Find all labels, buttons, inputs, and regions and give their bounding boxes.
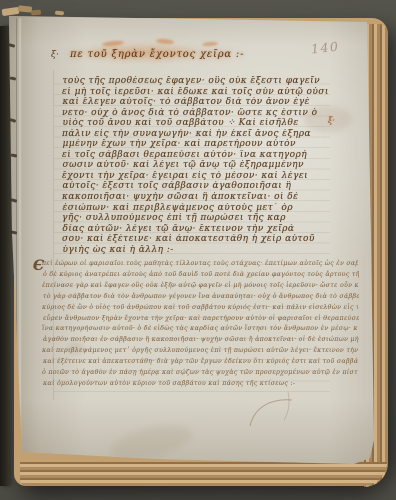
scholia-line: ὁ ποιῶν τὸ ἀγαθὸν ἐν πάσῃ ἡμέρᾳ καὶ σῴζω… <box>42 368 358 379</box>
scholia-line: τὸ γὰρ σάββατον διὰ τὸν ἄνθρωπον γέγονεν… <box>43 292 359 303</box>
text-line: αὐτοῖς· ἔξεστι τοῖς σάββασιν ἀγαθοποιῆσα… <box>63 181 329 192</box>
book-spine <box>0 26 9 486</box>
scholia-line: ὁ δὲ κύριος ἀνατρέπει αὐτοὺς ἀπὸ τοῦ δαυ… <box>43 270 359 281</box>
scholia-line: κύριος δὲ ὢν ὁ υἱὸς τοῦ ἀνθρώπου καὶ τοῦ… <box>42 303 358 314</box>
text-line: ὑγιὴς ὡς καὶ ἡ ἄλλη :- <box>63 245 329 256</box>
gutter-crease-highlight <box>19 18 21 458</box>
scholia-line: πεὶ ἑώρων οἱ φαρισαῖοι τοὺς μαθητὰς τίλλ… <box>42 259 358 270</box>
scholia-line: ἀγαθὸν ποιῆσαι ἐν σάββασιν ἢ κακοποιῆσαι… <box>43 335 359 346</box>
chapter-number-mark: ξ· <box>51 50 59 60</box>
text-line: ἐσιώπων· καὶ περιβλεψάμενος αὐτοὺς μετ᾽ … <box>63 203 329 214</box>
scholia-line: καὶ ἐξέτεινε καὶ ἀπεκατεστάθη· διὰ γὰρ τ… <box>43 357 359 368</box>
scholia-line: ἵνα κατηγορήσωσιν αὐτοῦ· ὁ δὲ εἰδὼς τὰς … <box>42 324 358 335</box>
text-line: ἔχοντι τὴν χεῖρα· ἔγειραι εἰς τὸ μέσον· … <box>62 171 328 182</box>
kephalaion-title: πε τοῦ ξηρὰν ἔχοντος χεῖρα :- <box>70 49 244 60</box>
text-line: κακοποιῆσαι· ψυχὴν σῶσαι ἢ ἀποκτεῖναι· ο… <box>62 192 328 203</box>
text-line: δίας αὐτῶν· λέγει τῷ ἄνῳ· ἔκτεινον τὴν χ… <box>63 224 329 235</box>
text-line: εἰ μὴ τοῖς ἱερεῦσι· καὶ ἔδωκε καὶ τοῖς σ… <box>62 87 328 98</box>
manuscript-photo: 140 ξ· πε τοῦ ξηρὰν ἔχοντος χεῖρα :- τοὺ… <box>0 0 396 500</box>
text-line: υἱὸς τοῦ ἄνου καὶ τοῦ σαββάτου ⁘ Καὶ εἰσ… <box>63 118 329 129</box>
text-line: σωσιν αὐτοῦ· καὶ λέγει τῷ ἄνῳ τῷ ἐξηραμμ… <box>63 160 329 171</box>
text-line: εἰ τοῖς σάββασι θεραπεύσει αὐτόν· ἵνα κα… <box>62 150 328 161</box>
scholia-line: εὗρεν ἄνθρωπον ξηρὰν ἔχοντα τὴν χεῖρα· κ… <box>43 314 359 325</box>
frayed-corner <box>55 11 64 16</box>
text-line: τοὺς τῆς προθέσεως ἔφαγεν· οὓς οὐκ ἔξεστ… <box>63 76 329 87</box>
text-line: πάλιν εἰς τὴν συναγωγήν· καὶ ἦν ἐκεῖ ἄνο… <box>62 129 328 140</box>
folio-number: 140 <box>310 39 340 57</box>
binding-stitch <box>11 230 17 234</box>
bottom-edge-pages <box>20 462 387 486</box>
text-line: σου· καὶ ἐξέτεινε· καὶ ἀποκατεστάθη ἡ χε… <box>62 234 328 245</box>
text-line: καὶ ἔλεγεν αὐτοῖς· τὸ σάββατον διὰ τὸν ἄ… <box>63 97 329 108</box>
gospel-text-block: τοὺς τῆς προθέσεως ἔφαγεν· οὓς οὐκ ἔξεστ… <box>62 76 328 255</box>
pen-flourish <box>244 384 304 434</box>
frayed-corner <box>2 7 20 16</box>
scholia-line: καὶ περιβλεψάμενος μετ᾽ ὀργῆς συλλυπούμε… <box>42 346 358 357</box>
margin-chapter-mark: ξ· <box>328 116 335 125</box>
manuscript-page: 140 ξ· πε τοῦ ξηρὰν ἔχοντος χεῖρα :- τοὺ… <box>6 12 374 464</box>
frayed-corner <box>31 10 41 16</box>
scholia-line: ἐπείνασε γὰρ καὶ ἔφαγεν οὓς οὐκ ἐξῆν αὐτ… <box>42 281 358 292</box>
scholia-line: καὶ ὁμολογούντων αὐτὸν κύριον τοῦ σαββάτ… <box>43 379 359 390</box>
text-line: γῆς· συλλυπούμενος ἐπὶ τῇ πωρώσει τῆς κα… <box>62 213 328 224</box>
text-line: νετο· οὐχ ὁ ἄνος διὰ τὸ σάββατον· ὥστε κ… <box>62 108 328 119</box>
scholia-text-block: πεὶ ἑώρων οἱ φαρισαῖοι τοὺς μαθητὰς τίλλ… <box>42 259 358 390</box>
text-line: μμένην ἔχων τὴν χεῖρα· καὶ παρετήρουν αὐ… <box>63 139 329 150</box>
